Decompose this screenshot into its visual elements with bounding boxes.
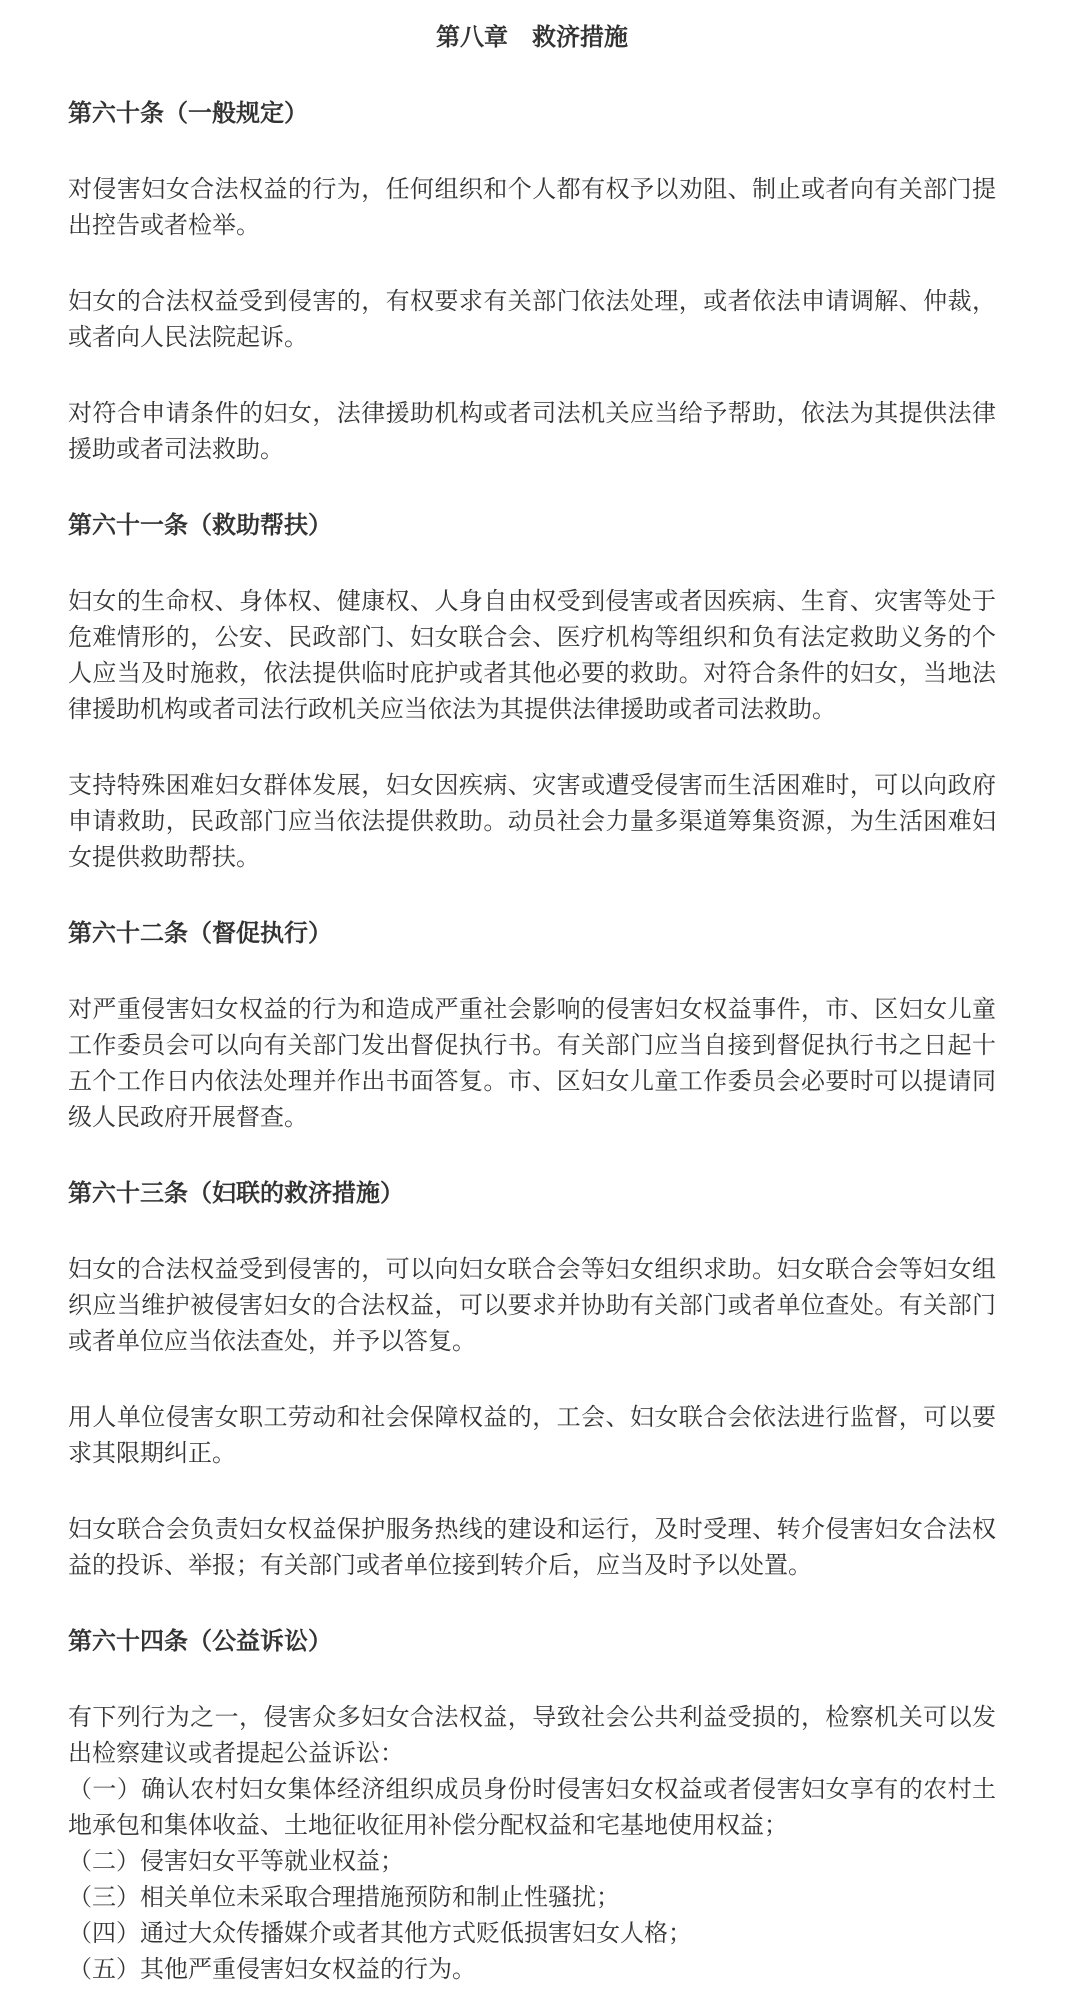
list-item-5: （五）其他严重侵害妇女权益的行为。 (68, 1952, 996, 1988)
article-62-paragraph-1: 对严重侵害妇女权益的行为和造成严重社会影响的侵害妇女权益事件，市、区妇女儿童工作… (68, 992, 996, 1136)
article-60: 第六十条（一般规定） 对侵害妇女合法权益的行为，任何组织和个人都有权予以劝阻、制… (68, 96, 996, 468)
article-62: 第六十二条（督促执行） 对严重侵害妇女权益的行为和造成严重社会影响的侵害妇女权益… (68, 916, 996, 1136)
article-62-heading: 第六十二条（督促执行） (68, 916, 996, 952)
article-60-paragraph-2: 妇女的合法权益受到侵害的，有权要求有关部门依法处理，或者依法申请调解、仲裁，或者… (68, 284, 996, 356)
article-61-paragraph-1: 妇女的生命权、身体权、健康权、人身自由权受到侵害或者因疾病、生育、灾害等处于危难… (68, 584, 996, 728)
article-63-heading: 第六十三条（妇联的救济措施） (68, 1176, 996, 1212)
article-63-paragraph-1: 妇女的合法权益受到侵害的，可以向妇女联合会等妇女组织求助。妇女联合会等妇女组织应… (68, 1252, 996, 1360)
article-63-paragraph-3: 妇女联合会负责妇女权益保护服务热线的建设和运行，及时受理、转介侵害妇女合法权益的… (68, 1512, 996, 1584)
article-61-paragraph-2: 支持特殊困难妇女群体发展，妇女因疾病、灾害或遭受侵害而生活困难时，可以向政府申请… (68, 768, 996, 876)
document-page: 第八章 救济措施 第六十条（一般规定） 对侵害妇女合法权益的行为，任何组织和个人… (0, 0, 1080, 2000)
article-61: 第六十一条（救助帮扶） 妇女的生命权、身体权、健康权、人身自由权受到侵害或者因疾… (68, 508, 996, 876)
article-61-heading: 第六十一条（救助帮扶） (68, 508, 996, 544)
list-item-2: （二）侵害妇女平等就业权益； (68, 1844, 996, 1880)
article-60-paragraph-3: 对符合申请条件的妇女，法律援助机构或者司法机关应当给予帮助，依法为其提供法律援助… (68, 396, 996, 468)
article-60-paragraph-1: 对侵害妇女合法权益的行为，任何组织和个人都有权予以劝阻、制止或者向有关部门提出控… (68, 172, 996, 244)
list-item-4: （四）通过大众传播媒介或者其他方式贬低损害妇女人格； (68, 1916, 996, 1952)
article-63-paragraph-2: 用人单位侵害女职工劳动和社会保障权益的，工会、妇女联合会依法进行监督，可以要求其… (68, 1400, 996, 1472)
article-64-heading: 第六十四条（公益诉讼） (68, 1624, 996, 1660)
article-63: 第六十三条（妇联的救济措施） 妇女的合法权益受到侵害的，可以向妇女联合会等妇女组… (68, 1176, 996, 1584)
article-64: 第六十四条（公益诉讼） 有下列行为之一，侵害众多妇女合法权益，导致社会公共利益受… (68, 1624, 996, 1988)
list-item-1: （一）确认农村妇女集体经济组织成员身份时侵害妇女权益或者侵害妇女享有的农村土地承… (68, 1772, 996, 1844)
article-60-heading: 第六十条（一般规定） (68, 96, 996, 132)
list-item-3: （三）相关单位未采取合理措施预防和制止性骚扰； (68, 1880, 996, 1916)
chapter-title: 第八章 救济措施 (68, 20, 996, 56)
article-64-paragraph-1: 有下列行为之一，侵害众多妇女合法权益，导致社会公共利益受损的，检察机关可以发出检… (68, 1700, 996, 1772)
